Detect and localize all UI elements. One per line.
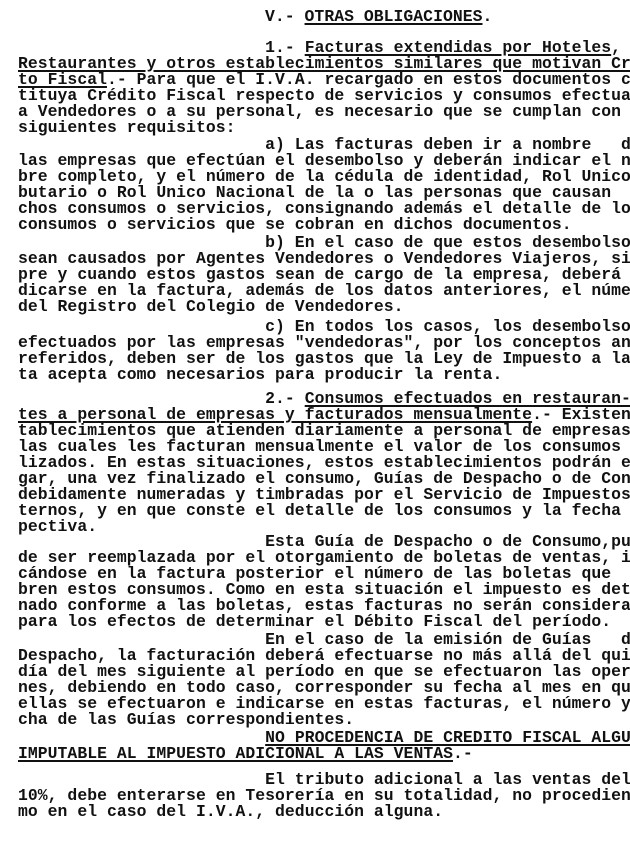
heading-number: V.- (265, 7, 305, 26)
text-line: siguientes requisitos: (18, 120, 236, 136)
text-segment: consumos o servicios que se cobran en di… (18, 215, 572, 234)
text-line: del Registro del Colegio de Vendedores. (18, 299, 404, 315)
text-segment: cha de las Guías correspondientes. (18, 710, 354, 729)
section-heading: V.- OTRAS OBLIGACIONES. (265, 9, 492, 25)
text-line: cha de las Guías correspondientes. (18, 712, 354, 728)
text-line: para los efectos de determinar el Débito… (18, 614, 611, 630)
text-segment: del Registro del Colegio de Vendedores. (18, 297, 404, 316)
text-segment: ta acepta como necesarios para producir … (18, 365, 502, 384)
text-line: IMPUTABLE AL IMPUESTO ADICIONAL A LAS VE… (18, 746, 473, 762)
text-segment: mo en el caso del I.V.A., deducción algu… (18, 802, 443, 821)
text-segment: ternos, y en que conste el detalle de lo… (18, 501, 630, 520)
text-line: consumos o servicios que se cobran en di… (18, 217, 572, 233)
text-line: mo en el caso del I.V.A., deducción algu… (18, 804, 443, 820)
text-line: ternos, y en que conste el detalle de lo… (18, 503, 630, 519)
underlined-text: IMPUTABLE AL IMPUESTO ADICIONAL A LAS VE… (18, 744, 453, 763)
text-segment: .- (453, 744, 473, 763)
text-line: ta acepta como necesarios para producir … (18, 367, 502, 383)
heading-end: . (483, 7, 493, 26)
text-segment: para los efectos de determinar el Débito… (18, 612, 611, 631)
document-page: V.- OTRAS OBLIGACIONES. 1.- Facturas ext… (0, 0, 630, 844)
heading-title: OTRAS OBLIGACIONES (305, 7, 483, 26)
